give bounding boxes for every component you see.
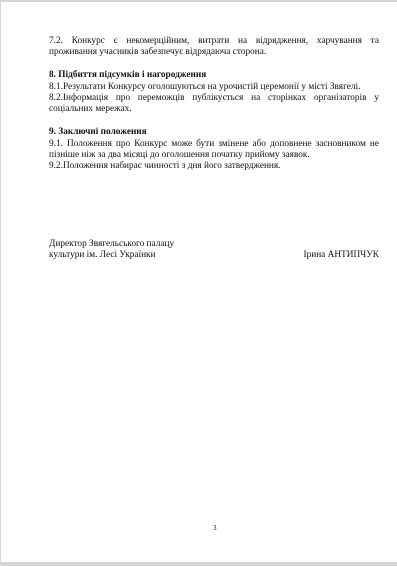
section-8-heading: 8. Підбиття підсумків і нагородження xyxy=(49,70,379,81)
section-9-heading: 9. Заключні положення xyxy=(49,127,379,138)
paragraph-9-1-line1: 9.1. Положення про Конкурс може бути змі… xyxy=(49,139,379,150)
paragraph-8-1: 8.1.Результати Конкурсу оголошуються на … xyxy=(49,82,379,93)
paragraph-8-2-line1: 8.2.Інформація про переможців публікуєть… xyxy=(49,93,379,104)
paragraph-7-2-line1: 7.2. Конкурс є некомерційним, витрати на… xyxy=(49,36,379,47)
paragraph-9-1-line2: пізніше ніж за два місяці до оголошення … xyxy=(49,150,379,161)
paragraph-8-2-line2: соціальних мережах. xyxy=(49,104,379,115)
document-page: 7.2. Конкурс є некомерційним, витрати на… xyxy=(1,2,397,562)
signature-title-line2: культури ім. Лесі Українки xyxy=(49,250,156,261)
page-number: 3 xyxy=(213,524,217,532)
document-body: 7.2. Конкурс є некомерційним, витрати на… xyxy=(49,36,379,173)
paragraph-7-2-line2: проживання учасників забезпечує відрядаю… xyxy=(49,47,379,58)
paragraph-9-2: 9.2.Положення набирає чинності з дня йог… xyxy=(49,161,379,172)
signature-name: Ірина АНТИПЧУК xyxy=(303,250,379,261)
signature-block: Директор Звягельського палацу культури і… xyxy=(49,239,379,262)
signature-title-line1: Директор Звягельського палацу xyxy=(49,239,379,250)
